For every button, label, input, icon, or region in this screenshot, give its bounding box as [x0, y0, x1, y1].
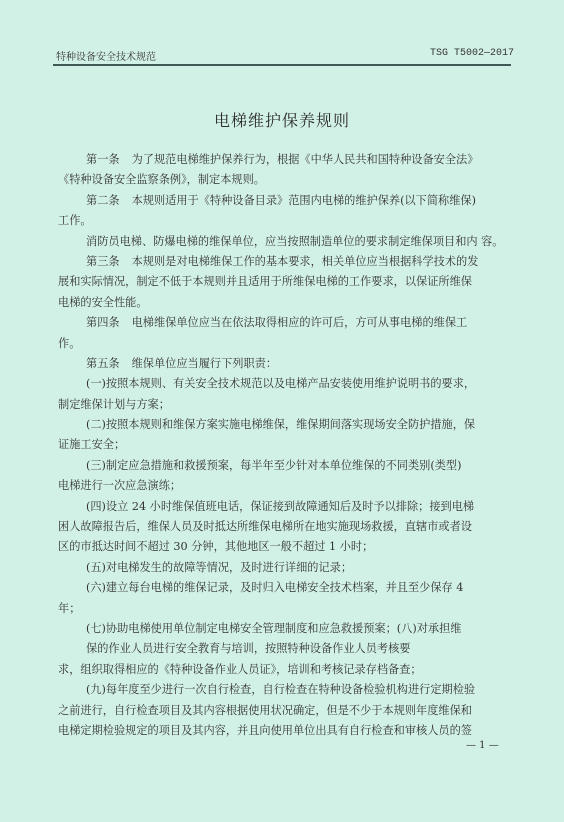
- text-line: 电梯定期检验规定的项目及其内容，并且向使用单位出具有自行检查和审核人员的签: [58, 721, 516, 741]
- line-text: 作。: [58, 337, 80, 350]
- document-body: 第一条为了规范电梯维护保养行为，根据《中华人民共和国特种设备安全法》《特种设备安…: [58, 150, 516, 741]
- text-line: (二)按照本规则和维保方案实施电梯维保，维保期间落实现场安全防护措施，保: [58, 415, 516, 435]
- line-text: 区的市抵达时间不超过 30 分钟，其他地区一般不超过 1 小时；: [58, 540, 373, 553]
- line-text: 保的作业人员进行安全教育与培训，按照特种设备作业人员考核要: [86, 642, 410, 655]
- header-standard-number: TSG T5002—2017: [430, 48, 514, 59]
- text-line: 第二条本规则适用于《特种设备目录》范围内电梯的维护保养(以下简称维保): [58, 191, 516, 211]
- text-line: 工作。: [58, 211, 516, 231]
- text-line: 展和实际情况，制定不低于本规则并且适用于所维保电梯的工作要求，以保证所维保: [58, 272, 516, 292]
- text-line: 第四条电梯维保单位应当在依法取得相应的许可后，方可从事电梯的维保工: [58, 313, 516, 333]
- article-number: 第二条: [86, 194, 120, 207]
- line-text: 电梯进行一次应急演练；: [58, 479, 181, 492]
- line-text: (九)每年度至少进行一次自行检查，自行检查在特种设备检验机构进行定期检验: [86, 683, 475, 696]
- line-text: 困人故障报告后，维保人员及时抵达所维保电梯所在地实施现场救援，直辖市或者设: [58, 520, 472, 533]
- article-number: 第四条: [86, 316, 120, 329]
- line-text: 为了规范电梯维护保养行为，根据《中华人民共和国特种设备安全法》: [132, 153, 479, 166]
- line-text: (七)协助电梯使用单位制定电梯安全管理制度和应急救援预案；(八)对承担维: [86, 622, 461, 635]
- line-text: 求，组织取得相应的《特种设备作业人员证》，培训和考核记录存档备查；: [58, 663, 422, 676]
- line-text: 之前进行，自行检查项目及其内容根据使用状况确定，但是不少于本规则年度维保和: [58, 704, 472, 717]
- line-text: (一)按照本规则、有关安全技术规范以及电梯产品安装使用维护说明书的要求，: [86, 377, 475, 390]
- line-text: (三)制定应急措施和救援预案，每半年至少针对本单位维保的不同类别(类型): [86, 459, 461, 472]
- text-line: (五)对电梯发生的故障等情况，及时进行详细的记录；: [58, 558, 516, 578]
- text-line: (三)制定应急措施和救援预案，每半年至少针对本单位维保的不同类别(类型): [58, 456, 516, 476]
- text-line: 电梯进行一次应急演练；: [58, 476, 516, 496]
- line-text: (六)建立每台电梯的维保记录，及时归入电梯安全技术档案，并且至少保存 4: [86, 581, 463, 594]
- text-line: (四)设立 24 小时维保值班电话，保证接到故障通知后及时予以排除；接到电梯: [58, 497, 516, 517]
- line-text: 制定维保计划与方案；: [58, 398, 170, 411]
- line-text: (二)按照本规则和维保方案实施电梯维保，维保期间落实现场安全防护措施，保: [86, 418, 475, 431]
- line-text: 消防员电梯、防爆电梯的维保单位，应当按照制造单位的要求制定维保项目和内 容。: [86, 235, 504, 248]
- text-line: 困人故障报告后，维保人员及时抵达所维保电梯所在地实施现场救援，直辖市或者设: [58, 517, 516, 537]
- header-series-title: 特种设备安全技术规范: [56, 48, 156, 63]
- line-text: 维保单位应当履行下列职责：: [132, 357, 277, 370]
- text-line: 区的市抵达时间不超过 30 分钟，其他地区一般不超过 1 小时；: [58, 537, 516, 557]
- text-line: 《特种设备安全监察条例》，制定本规则。: [58, 170, 516, 190]
- line-text: (四)设立 24 小时维保值班电话，保证接到故障通知后及时予以排除；接到电梯: [86, 500, 474, 513]
- document-title: 电梯维护保养规则: [0, 108, 564, 131]
- line-text: 工作。: [58, 214, 92, 227]
- text-line: 第一条为了规范电梯维护保养行为，根据《中华人民共和国特种设备安全法》: [58, 150, 516, 170]
- text-line: 作。: [58, 334, 516, 354]
- line-text: 电梯的安全性能。: [58, 296, 148, 309]
- line-text: (五)对电梯发生的故障等情况，及时进行详细的记录；: [86, 561, 352, 574]
- text-line: 年；: [58, 599, 516, 619]
- text-line: (一)按照本规则、有关安全技术规范以及电梯产品安装使用维护说明书的要求，: [58, 374, 516, 394]
- line-text: 电梯定期检验规定的项目及其内容，并且向使用单位出具有自行检查和审核人员的签: [58, 724, 472, 737]
- text-line: (七)协助电梯使用单位制定电梯安全管理制度和应急救援预案；(八)对承担维: [58, 619, 516, 639]
- text-line: 消防员电梯、防爆电梯的维保单位，应当按照制造单位的要求制定维保项目和内 容。: [58, 232, 516, 252]
- article-number: 第一条: [86, 153, 120, 166]
- page-number: — 1 —: [466, 740, 499, 751]
- text-line: 保的作业人员进行安全教育与培训，按照特种设备作业人员考核要: [58, 639, 516, 659]
- line-text: 展和实际情况，制定不低于本规则并且适用于所维保电梯的工作要求，以保证所维保: [58, 275, 472, 288]
- text-line: 第五条维保单位应当履行下列职责：: [58, 354, 516, 374]
- text-line: (九)每年度至少进行一次自行检查，自行检查在特种设备检验机构进行定期检验: [58, 680, 516, 700]
- line-text: 本规则适用于《特种设备目录》范围内电梯的维护保养(以下简称维保): [132, 194, 476, 207]
- text-line: 第三条本规则是对电梯维保工作的基本要求，相关单位应当根据科学技术的发: [58, 252, 516, 272]
- line-text: 本规则是对电梯维保工作的基本要求，相关单位应当根据科学技术的发: [132, 255, 479, 268]
- line-text: 《特种设备安全监察条例》，制定本规则。: [58, 173, 265, 186]
- article-number: 第三条: [86, 255, 120, 268]
- text-line: 制定维保计划与方案；: [58, 395, 516, 415]
- line-text: 年；: [58, 602, 80, 615]
- article-number: 第五条: [86, 357, 120, 370]
- line-text: 电梯维保单位应当在依法取得相应的许可后，方可从事电梯的维保工: [132, 316, 468, 329]
- text-line: 求，组织取得相应的《特种设备作业人员证》，培训和考核记录存档备查；: [58, 660, 516, 680]
- text-line: 证施工安全；: [58, 435, 516, 455]
- text-line: 之前进行，自行检查项目及其内容根据使用状况确定，但是不少于本规则年度维保和: [58, 701, 516, 721]
- text-line: (六)建立每台电梯的维保记录，及时归入电梯安全技术档案，并且至少保存 4: [58, 578, 516, 598]
- header-rule: [53, 64, 511, 66]
- text-line: 电梯的安全性能。: [58, 293, 516, 313]
- line-text: 证施工安全；: [58, 438, 125, 451]
